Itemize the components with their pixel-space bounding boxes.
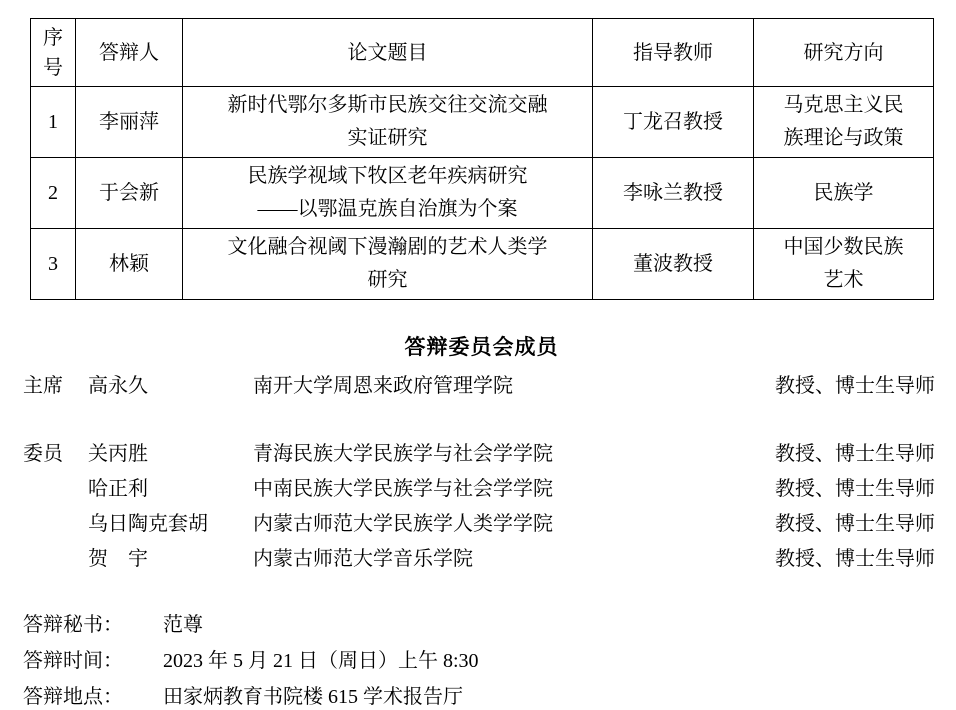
cell-advisor: 丁龙召教授	[593, 87, 754, 158]
table-row: 2 于会新 民族学视域下牧区老年疾病研究 ——以鄂温克族自治旗为个案 李咏兰教授…	[31, 158, 934, 229]
cell-defender: 林颖	[76, 229, 183, 300]
defense-details-block: 答辩秘书： 范尊 答辩时间： 2023 年 5 月 21 日（周日）上午 8:3…	[23, 604, 935, 710]
member-name: 乌日陶克套胡	[88, 507, 253, 536]
cell-defender: 李丽萍	[76, 87, 183, 158]
time-row: 答辩时间： 2023 年 5 月 21 日（周日）上午 8:30	[23, 640, 935, 676]
defense-announcement-page: 序 号 答辩人 论文题目 指导教师 研究方向 1 李丽萍 新时代鄂尔多斯市民族交…	[0, 0, 956, 710]
member-institution: 内蒙古师范大学音乐学院	[253, 542, 775, 571]
secretary-label: 答辩秘书：	[23, 608, 163, 637]
cell-research-direction: 中国少数民族 艺术	[754, 229, 934, 300]
member-rank: 教授、博士生导师	[775, 472, 935, 501]
col-header-advisor: 指导教师	[593, 19, 754, 87]
member-institution: 中南民族大学民族学与社会学学院	[253, 472, 775, 501]
col-header-research-direction: 研究方向	[754, 19, 934, 87]
member-name: 贺 宇	[88, 542, 253, 571]
member-rank: 教授、博士生导师	[775, 437, 935, 466]
cell-no: 2	[31, 158, 76, 229]
committee-chair-block: 主席 高永久 南开大学周恩来政府管理学院 教授、博士生导师	[23, 369, 935, 398]
table-row: 3 林颖 文化融合视阈下漫瀚剧的艺术人类学 研究 董波教授 中国少数民族 艺术	[31, 229, 934, 300]
defense-schedule-table: 序 号 答辩人 论文题目 指导教师 研究方向 1 李丽萍 新时代鄂尔多斯市民族交…	[30, 18, 934, 300]
cell-advisor: 董波教授	[593, 229, 754, 300]
table-row: 1 李丽萍 新时代鄂尔多斯市民族交往交流交融 实证研究 丁龙召教授 马克思主义民…	[31, 87, 934, 158]
member-role-label: 委员	[23, 437, 88, 466]
location-value: 田家炳教育书院楼 615 学术报告厅	[163, 680, 935, 709]
member-rank: 教授、博士生导师	[775, 507, 935, 536]
location-row: 答辩地点： 田家炳教育书院楼 615 学术报告厅	[23, 676, 935, 710]
cell-no: 1	[31, 87, 76, 158]
member-name: 哈正利	[88, 472, 253, 501]
committee-members-block: 委员 关丙胜 青海民族大学民族学与社会学学院 教授、博士生导师 哈正利 中南民族…	[23, 434, 935, 574]
secretary-value: 范尊	[163, 608, 935, 637]
cell-thesis-title: 民族学视域下牧区老年疾病研究 ——以鄂温克族自治旗为个案	[183, 158, 593, 229]
cell-research-direction: 马克思主义民 族理论与政策	[754, 87, 934, 158]
member-institution: 青海民族大学民族学与社会学学院	[253, 437, 775, 466]
cell-defender: 于会新	[76, 158, 183, 229]
col-header-thesis-title: 论文题目	[183, 19, 593, 87]
time-value: 2023 年 5 月 21 日（周日）上午 8:30	[163, 644, 935, 673]
member-rank: 教授、博士生导师	[775, 542, 935, 571]
col-header-defender: 答辩人	[76, 19, 183, 87]
cell-thesis-title: 新时代鄂尔多斯市民族交往交流交融 实证研究	[183, 87, 593, 158]
committee-member-row: 委员 关丙胜 青海民族大学民族学与社会学学院 教授、博士生导师	[23, 434, 935, 469]
table-header-row: 序 号 答辩人 论文题目 指导教师 研究方向	[31, 19, 934, 87]
location-label: 答辩地点：	[23, 680, 163, 709]
chair-name: 高永久	[88, 369, 253, 398]
cell-no: 3	[31, 229, 76, 300]
chair-rank: 教授、博士生导师	[775, 369, 935, 398]
chair-institution: 南开大学周恩来政府管理学院	[253, 369, 775, 398]
committee-member-row: 乌日陶克套胡 内蒙古师范大学民族学人类学学院 教授、博士生导师	[23, 504, 935, 539]
member-name: 关丙胜	[88, 437, 253, 466]
committee-section-title: 答辩委员会成员	[30, 331, 933, 361]
committee-chair-row: 主席 高永久 南开大学周恩来政府管理学院 教授、博士生导师	[23, 369, 935, 398]
col-header-no: 序 号	[31, 19, 76, 87]
chair-role-label: 主席	[23, 369, 88, 398]
committee-member-row: 贺 宇 内蒙古师范大学音乐学院 教授、博士生导师	[23, 539, 935, 574]
cell-advisor: 李咏兰教授	[593, 158, 754, 229]
cell-research-direction: 民族学	[754, 158, 934, 229]
time-label: 答辩时间：	[23, 644, 163, 673]
committee-member-row: 哈正利 中南民族大学民族学与社会学学院 教授、博士生导师	[23, 469, 935, 504]
secretary-row: 答辩秘书： 范尊	[23, 604, 935, 640]
cell-thesis-title: 文化融合视阈下漫瀚剧的艺术人类学 研究	[183, 229, 593, 300]
member-institution: 内蒙古师范大学民族学人类学学院	[253, 507, 775, 536]
